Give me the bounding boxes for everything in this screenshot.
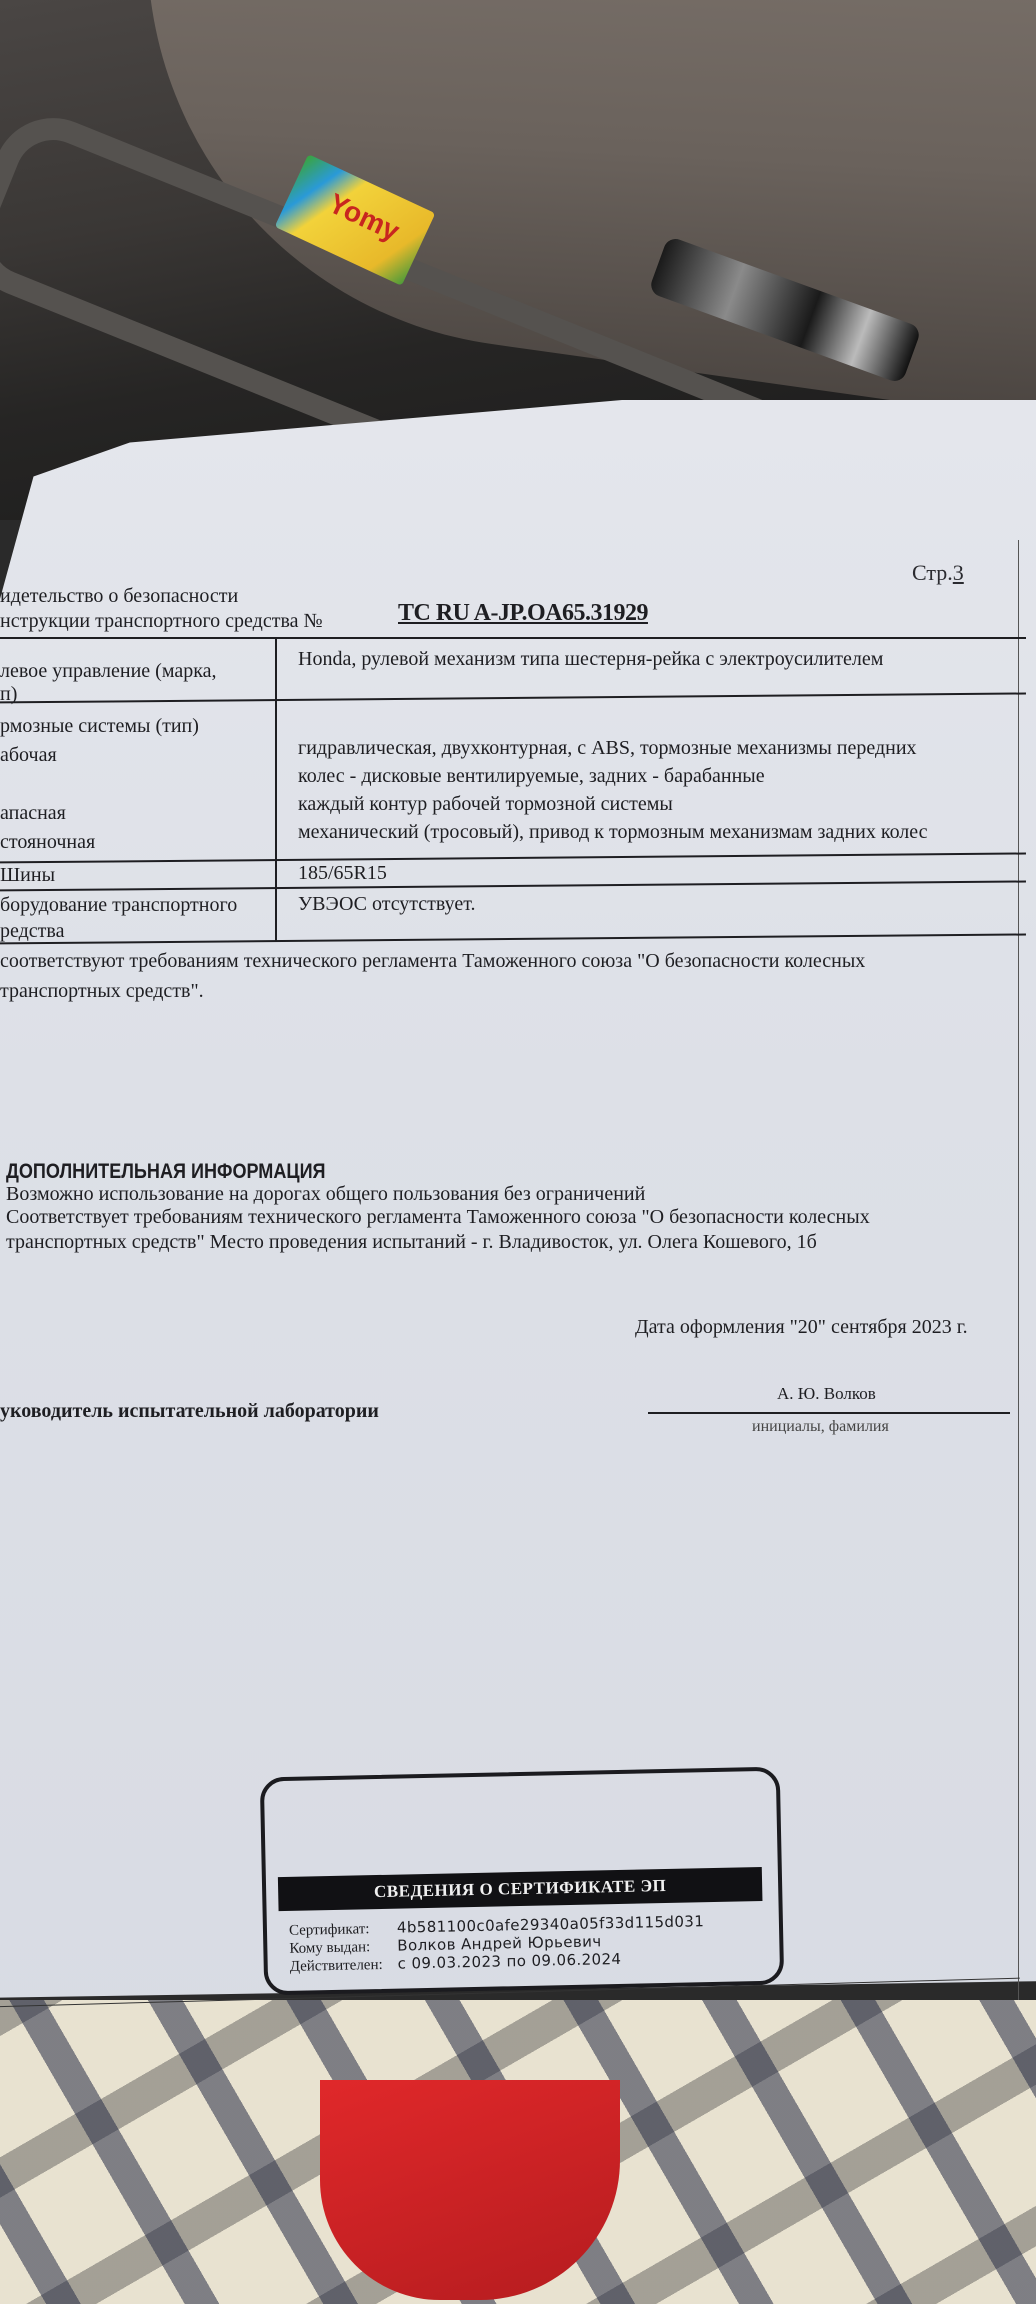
additional-info-line: Соответствует требованиям технического р… xyxy=(6,1206,870,1229)
table-row-equipment-label: борудование транспортного редства xyxy=(0,892,237,944)
table-row-steering-label: левое управление (марка, п) xyxy=(0,660,217,706)
issue-date: Дата оформления "20" сентября 2023 г. xyxy=(635,1316,968,1339)
table-row-tires-value: 185/65R15 xyxy=(298,862,387,885)
additional-info-line: транспортных средств" Место проведения и… xyxy=(6,1231,817,1254)
table-row-tires-label: Шины xyxy=(0,864,55,887)
table-row-equipment-value: УВЭОС отсутствует. xyxy=(298,893,476,916)
page-frame-right xyxy=(1018,540,1019,2000)
certificate-number: ТС RU A-JP.OA65.31929 xyxy=(398,600,648,627)
table-row-steering-value: Honda, рулевой механизм типа шестерня-ре… xyxy=(298,648,883,671)
e-signature-title: СВЕДЕНИЯ О СЕРТИФИКАТЕ ЭП xyxy=(278,1867,763,1911)
conformity-statement-line-1: соответствуют требованиям технического р… xyxy=(0,950,865,973)
table-row-brakes-value: гидравлическая, двухконтурная, с ABS, то… xyxy=(298,734,928,846)
conformity-statement-line-2: транспортных средств". xyxy=(0,980,204,1003)
header-line-1: идетельство о безопасности xyxy=(0,585,238,608)
header-line-2: нструкции транспортного средства № xyxy=(0,610,323,633)
additional-info-line: Возможно использование на дорогах общего… xyxy=(6,1183,645,1206)
table-column-divider xyxy=(275,637,277,942)
signatory-caption: инициалы, фамилия xyxy=(752,1418,889,1436)
table-border-top xyxy=(0,637,1026,639)
signature-line xyxy=(648,1412,1010,1414)
additional-info-title: ДОПОЛНИТЕЛЬНАЯ ИНФОРМАЦИЯ xyxy=(6,1160,326,1184)
table-row-brakes-label: рмозные системы (тип) абочая апасная сто… xyxy=(0,712,199,857)
page-number: Стр.3 xyxy=(912,560,964,586)
e-signature-stamp: СВЕДЕНИЯ О СЕРТИФИКАТЕ ЭП Сертификат:4b5… xyxy=(260,1767,784,1996)
head-of-laboratory-label: уководитель испытательной лаборатории xyxy=(0,1400,379,1423)
certificate-page: Стр.3 идетельство о безопасности нструкц… xyxy=(0,0,1036,2304)
signatory-name: А. Ю. Волков xyxy=(777,1384,876,1404)
table-row-divider xyxy=(0,880,1026,891)
